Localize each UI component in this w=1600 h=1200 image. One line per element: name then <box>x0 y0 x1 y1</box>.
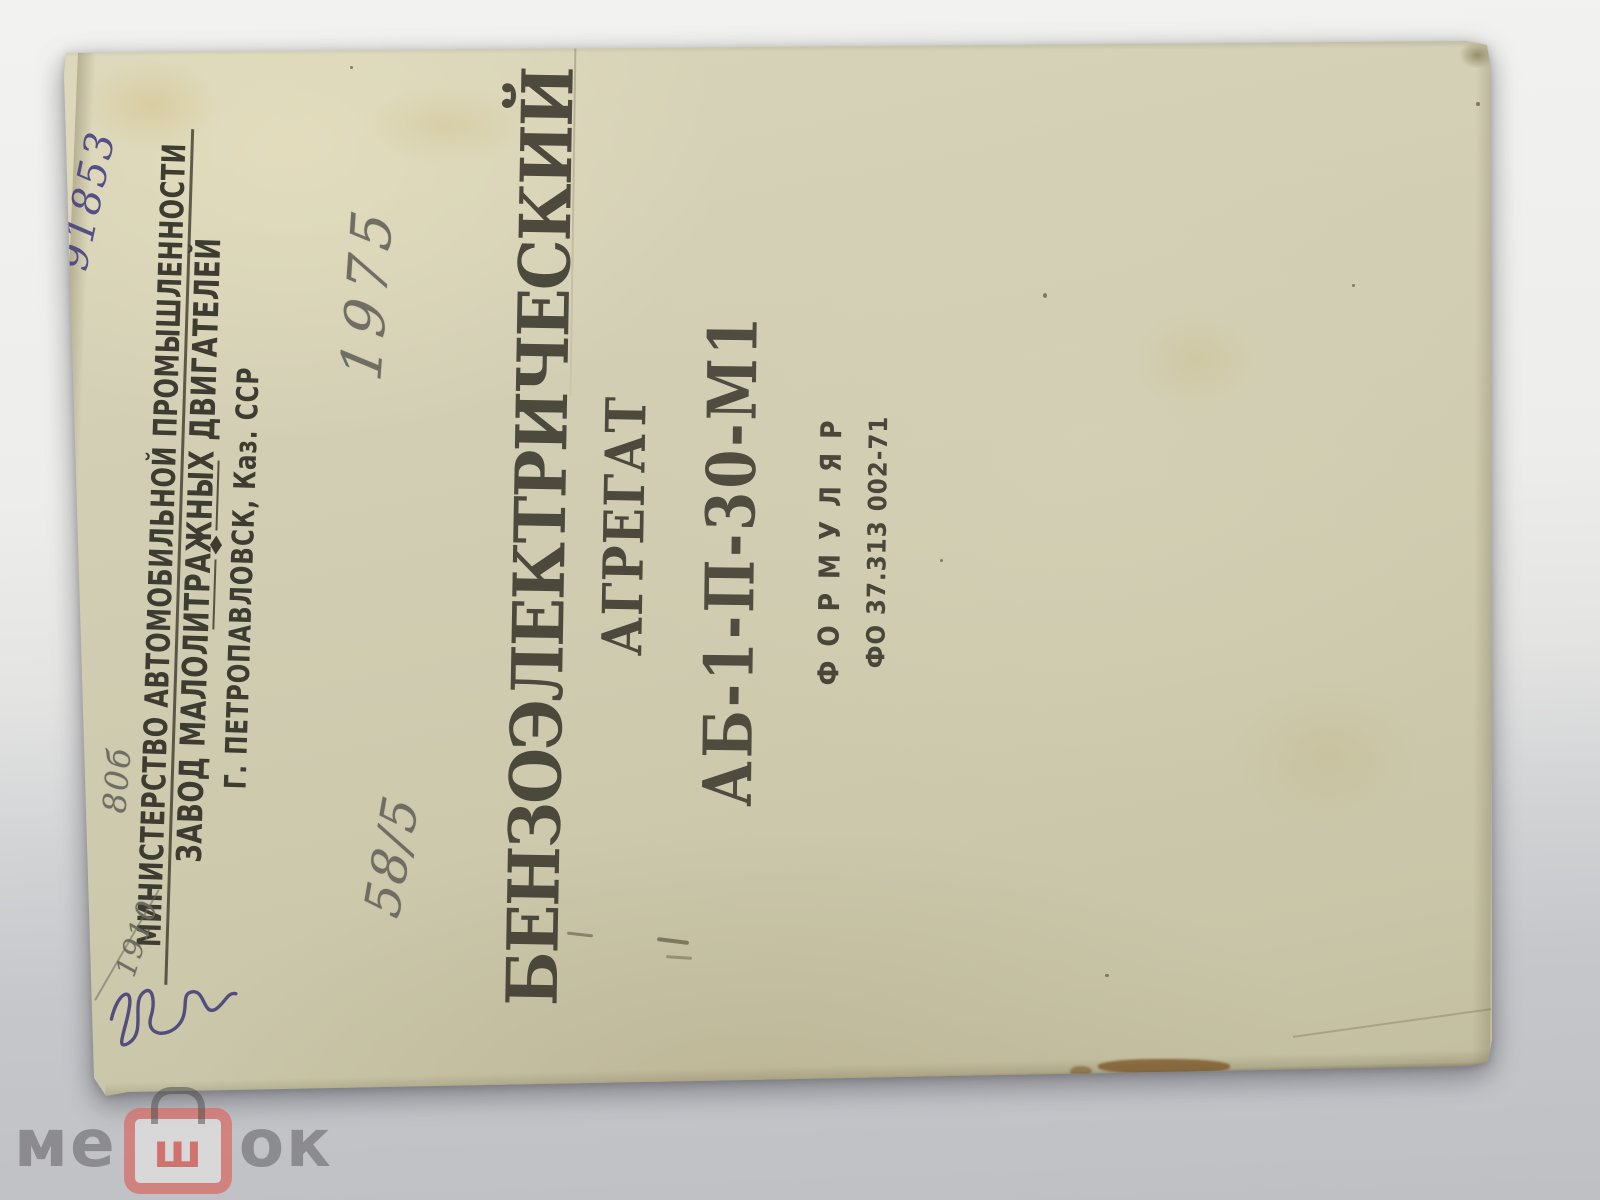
booklet: МИНИСТЕРСТВО АВТОМОБИЛЬНОЙ ПРОМЫШЛЕННОСТ… <box>62 40 1493 1096</box>
bag-handle-icon <box>151 1087 205 1124</box>
speck <box>940 559 943 562</box>
right-page-edge <box>1470 42 1494 1064</box>
top-page-edge <box>64 35 1488 57</box>
ornament-bar <box>212 559 217 629</box>
shopping-bag-icon: ш <box>124 1108 232 1194</box>
speck <box>1043 293 1047 298</box>
document-code: ФО 37.313 002-71 <box>862 415 894 668</box>
speck <box>1105 974 1109 977</box>
model-designation: АБ-1-П-30-М1 <box>688 313 773 807</box>
handwritten-year: 1975 <box>330 198 406 386</box>
paper-stain <box>1232 680 1422 830</box>
handwritten-small-note: 80б <box>95 745 139 814</box>
handwritten-registry-number: 91853 <box>51 126 126 275</box>
paper-stain <box>1132 310 1262 410</box>
document-type: ФОРМУЛЯР <box>812 406 849 685</box>
ink-signature <box>87 958 253 1082</box>
watermark: ме ш ок <box>14 1094 333 1194</box>
speck <box>1476 102 1480 106</box>
watermark-text-prefix: ме <box>14 1111 117 1177</box>
diamond-icon <box>210 535 223 554</box>
booklet-cover-paper: МИНИСТЕРСТВО АВТОМОБИЛЬНОЙ ПРОМЫШЛЕННОСТ… <box>62 40 1493 1096</box>
speck <box>350 66 353 69</box>
handwritten-fraction: 58/5 <box>354 789 431 924</box>
title-line2: АГРЕГАТ <box>591 396 660 657</box>
photo-of-booklet-cover: МИНИСТЕРСТВО АВТОМОБИЛЬНОЙ ПРОМЫШЛЕННОСТ… <box>0 0 1600 1200</box>
title-line1: БЕНЗОЭЛЕКТРИЧЕСКИЙ <box>492 67 591 1006</box>
ornament-bar <box>215 461 220 531</box>
crease-mark <box>657 937 689 945</box>
watermark-bag-letter: ш <box>153 1133 202 1170</box>
crease-mark <box>1293 1008 1491 1038</box>
speck <box>1352 284 1355 287</box>
crease-mark <box>666 955 692 960</box>
watermark-text-suffix: ок <box>239 1111 333 1177</box>
publisher-line-city: Г. ПЕТРОПАВЛОВСК, Каз. ССР <box>219 366 266 790</box>
